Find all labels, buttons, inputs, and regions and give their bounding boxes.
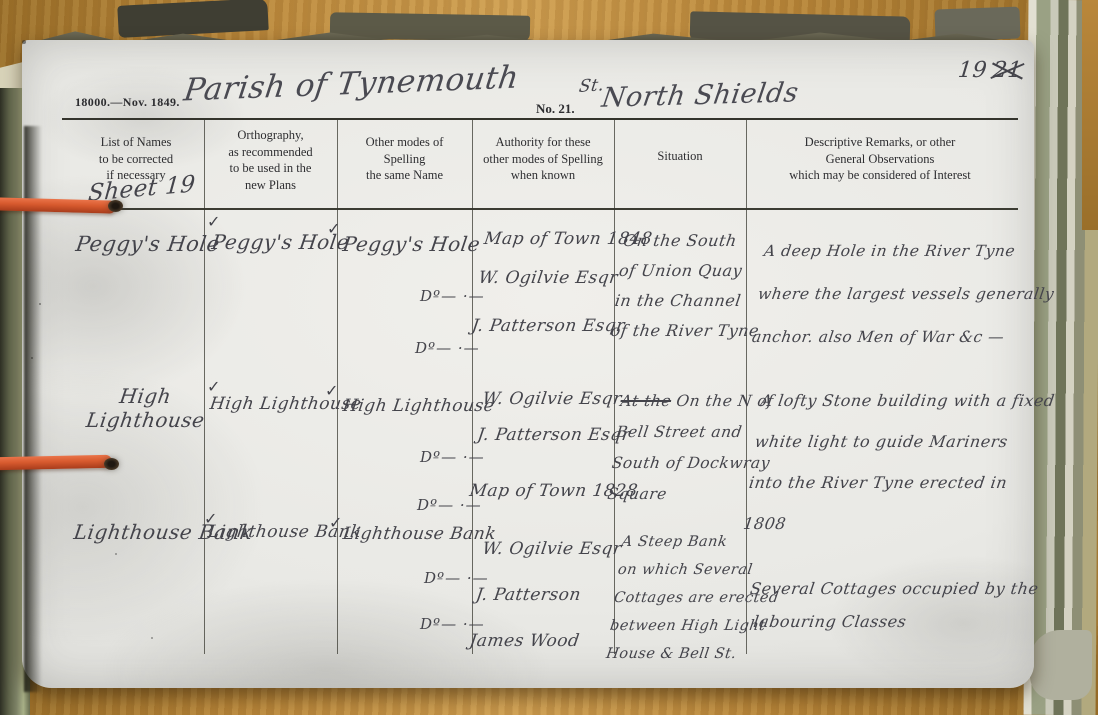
entry-other-spelling: Peggy's Hole [341,232,482,256]
entry-other-spelling: High Lighthouse [342,396,496,416]
check-mark: ✓ [329,513,342,532]
punch-hole [108,200,123,212]
torn-page-edge [934,7,1020,42]
entry-remarks: A lofty Stone building with a fixed whit… [740,380,1057,544]
check-mark: ✓ [207,212,220,231]
curled-page-corner [1030,630,1092,700]
page-number-current: 19 [957,58,989,83]
column-header-authority: Authority for these other modes of Spell… [472,134,614,184]
entry-name: High Lighthouse [85,384,210,432]
entry-situation: On the South of Union Quay in the Channe… [609,226,774,346]
struck-out-text: At the [619,392,672,410]
column-header-orthography: Orthography, as recommended to be used i… [204,127,337,193]
photo-scene: 18000.—Nov. 1849. Parish of Tynemouth No… [0,0,1098,715]
page-number: 1921 [957,58,1024,83]
entry-name: Peggy's Hole [74,232,221,256]
place-name-handwritten: North Shields [600,77,801,114]
parish-title-handwritten: Parish of Tynemouth [182,59,522,108]
column-header-other-spelling: Other modes of Spelling the same Name [337,134,472,184]
number-annotation-handwritten: St. [578,75,606,97]
entry-remarks: A deep Hole in the River Tyne where the … [749,230,1063,359]
form-reference: 18000.—Nov. 1849. [75,95,180,110]
entry-authority: W. Ogilvie Esqr J. Patterson James Wood [466,526,625,664]
column-header-names: List of Names to be corrected if necessa… [68,134,204,184]
name-book-table: List of Names to be corrected if necessa… [68,120,1014,660]
ink-speckles [22,40,26,44]
table-wood-sliver [1082,0,1098,230]
torn-page-edge [117,0,268,38]
entry-orthography: High Lighthouse [209,394,363,414]
check-mark: ✓ [325,381,338,400]
page-number-struck: 21 [992,58,1024,83]
torn-page-edge [330,12,530,41]
ditto-mark: Dº— ·— [415,339,480,357]
check-mark: ✓ [327,219,340,238]
column-header-remarks: Descriptive Remarks, or other General Ob… [746,134,1014,184]
table-top-rule [62,118,1018,120]
punch-hole [104,458,119,470]
number-label: No. 21. [536,101,575,117]
entry-other-spelling: Lighthouse Bank [342,524,498,544]
register-page: 18000.—Nov. 1849. Parish of Tynemouth No… [22,40,1034,688]
binding-cord [0,455,112,470]
entry-remarks: Several Cottages occupied by the labouri… [743,572,1040,638]
table-header-rule [62,208,1018,210]
column-header-situation: Situation [614,148,746,165]
